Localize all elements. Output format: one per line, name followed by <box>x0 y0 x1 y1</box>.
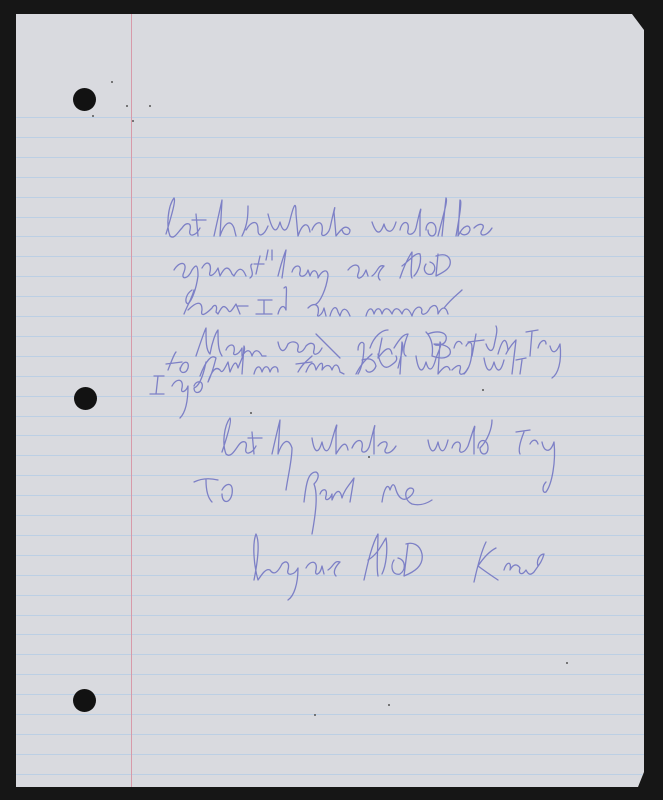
handwriting <box>16 14 644 787</box>
notebook-page: let the whole world be against me long a… <box>16 14 644 787</box>
